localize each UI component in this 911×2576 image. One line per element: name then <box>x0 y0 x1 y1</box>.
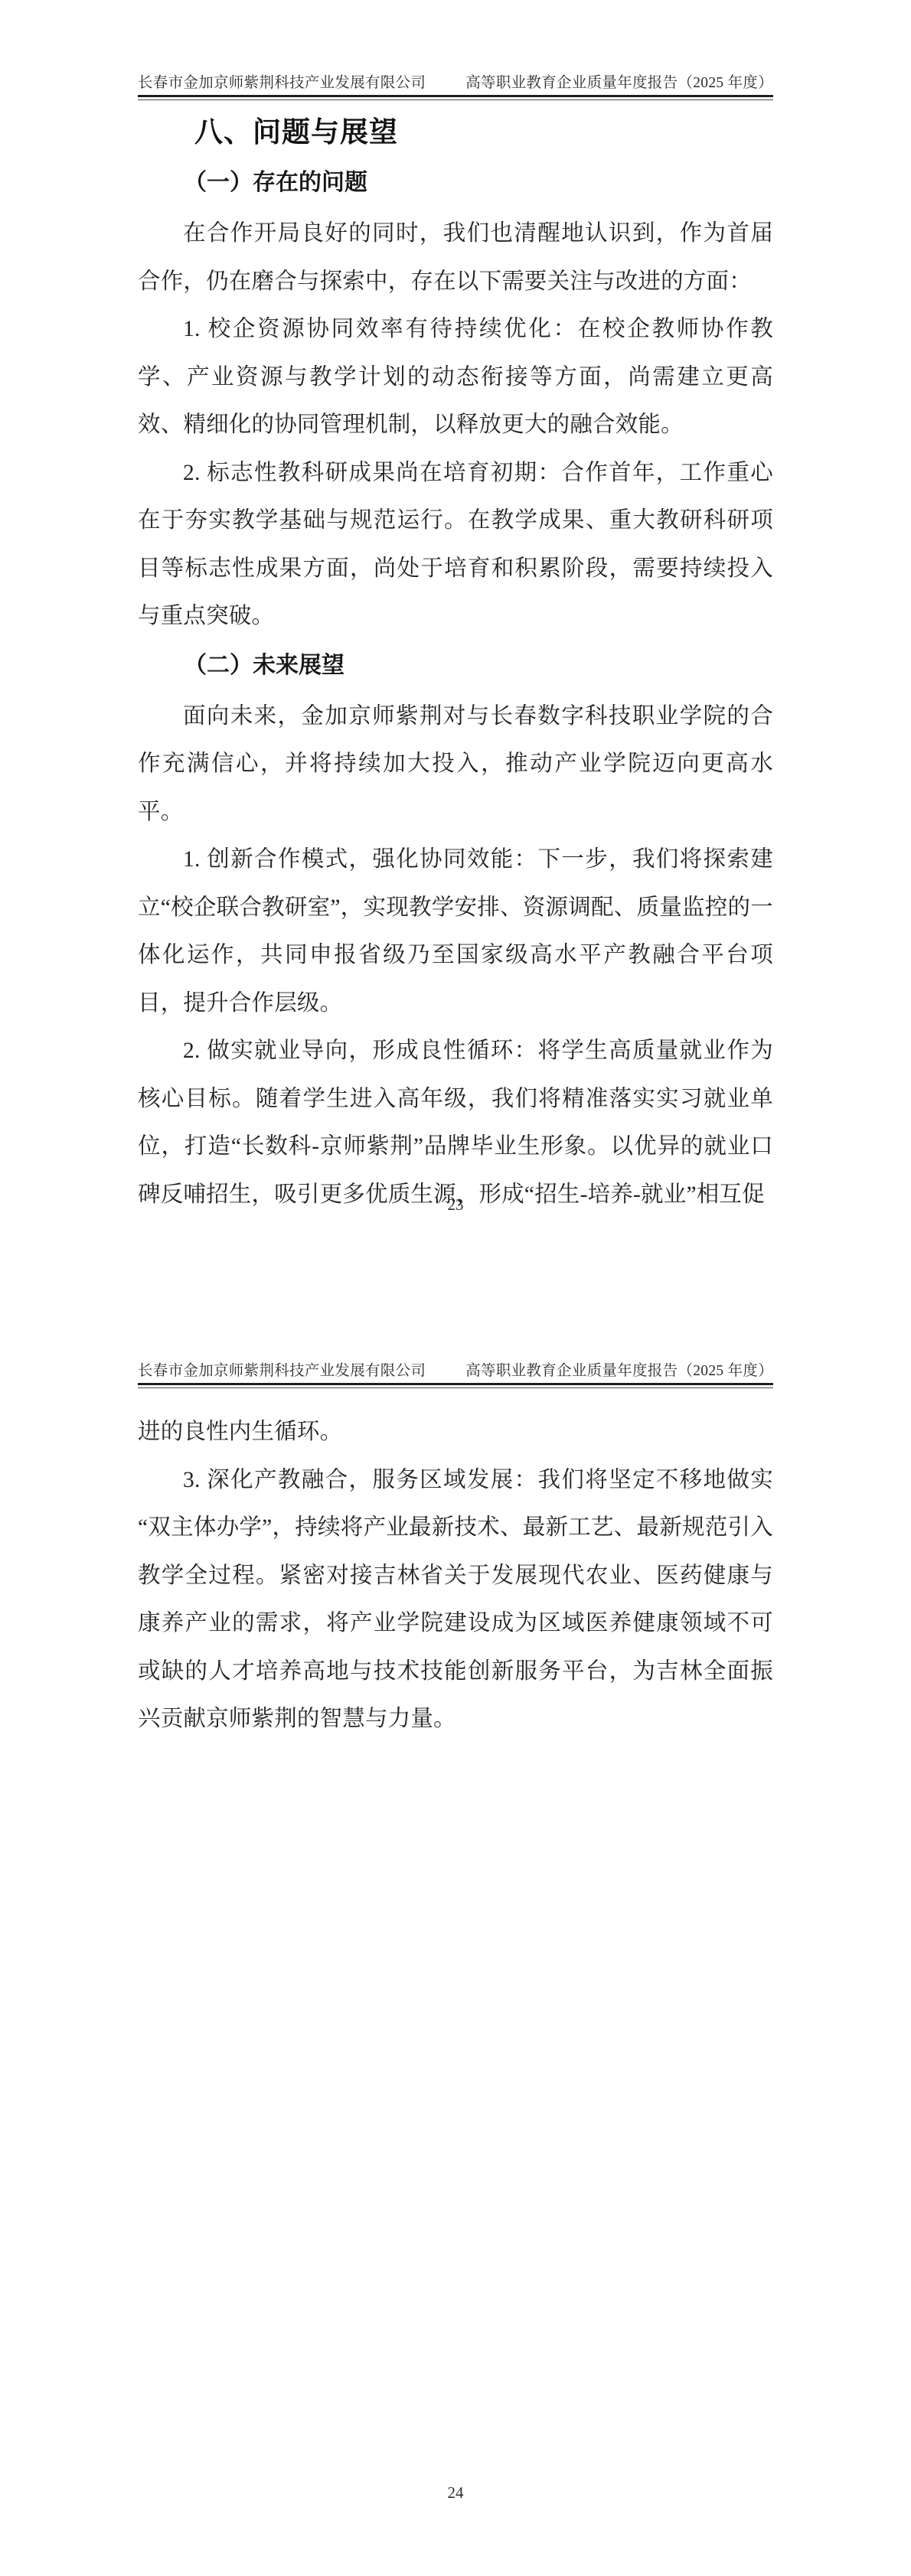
page-23: 长春市金加京师紫荆科技产业发展有限公司 高等职业教育企业质量年度报告（2025 … <box>0 0 911 1288</box>
header-rule <box>138 1383 773 1388</box>
paragraph-outlook-item-2: 2. 做实就业导向，形成良性循环：将学生高质量就业作为核心目标。随着学生进入高年… <box>138 1027 773 1218</box>
page-24-content: 进的良性内生循环。 3. 深化产教融合，服务区域发展：我们将坚定不移地做实“双主… <box>138 1408 773 1743</box>
page-header-line: 长春市金加京师紫荆科技产业发展有限公司 高等职业教育企业质量年度报告（2025 … <box>138 1358 773 1380</box>
paragraph-problem-item-2: 2. 标志性教科研成果尚在培育初期：合作首年，工作重心在于夯实教学基础与规范运行… <box>138 449 773 641</box>
header-company-name: 长春市金加京师紫荆科技产业发展有限公司 <box>138 70 426 92</box>
header-rule <box>138 95 773 100</box>
subsection-heading-existing-problems: （一）存在的问题 <box>138 168 773 197</box>
page-header: 长春市金加京师紫荆科技产业发展有限公司 高等职业教育企业质量年度报告（2025 … <box>138 1358 773 1388</box>
paragraph-outlook-item-2-continued: 进的良性内生循环。 <box>138 1408 773 1456</box>
paragraph-problems-intro: 在合作开局良好的同时，我们也清醒地认识到，作为首届合作，仍在磨合与探索中，存在以… <box>138 210 773 305</box>
page-number-23: 23 <box>0 1195 911 1215</box>
subsection-heading-future-outlook: （二）未来展望 <box>138 651 773 680</box>
paragraph-outlook-item-1: 1. 创新合作模式，强化协同效能：下一步，我们将探索建立“校企联合教研室”，实现… <box>138 836 773 1027</box>
page-header-line: 长春市金加京师紫荆科技产业发展有限公司 高等职业教育企业质量年度报告（2025 … <box>138 70 773 92</box>
section-heading-problems-and-outlook: 八、问题与展望 <box>138 115 773 150</box>
paragraph-outlook-item-3: 3. 深化产教融合，服务区域发展：我们将坚定不移地做实“双主体办学”，持续将产业… <box>138 1456 773 1743</box>
page-23-content: 八、问题与展望 （一）存在的问题 在合作开局良好的同时，我们也清醒地认识到，作为… <box>138 115 773 1218</box>
paragraph-problem-item-1: 1. 校企资源协同效率有待持续优化：在校企教师协作教学、产业资源与教学计划的动态… <box>138 305 773 449</box>
report-document: 长春市金加京师紫荆科技产业发展有限公司 高等职业教育企业质量年度报告（2025 … <box>0 0 911 2576</box>
header-report-title: 高等职业教育企业质量年度报告（2025 年度） <box>465 70 773 92</box>
header-company-name: 长春市金加京师紫荆科技产业发展有限公司 <box>138 1358 426 1380</box>
paragraph-outlook-intro: 面向未来，金加京师紫荆对与长春数字科技职业学院的合作充满信心，并将持续加大投入，… <box>138 693 773 836</box>
header-report-title: 高等职业教育企业质量年度报告（2025 年度） <box>465 1358 773 1380</box>
page-number-24: 24 <box>0 2483 911 2503</box>
page-24: 长春市金加京师紫荆科技产业发展有限公司 高等职业教育企业质量年度报告（2025 … <box>0 1288 911 2576</box>
page-header: 长春市金加京师紫荆科技产业发展有限公司 高等职业教育企业质量年度报告（2025 … <box>138 70 773 100</box>
